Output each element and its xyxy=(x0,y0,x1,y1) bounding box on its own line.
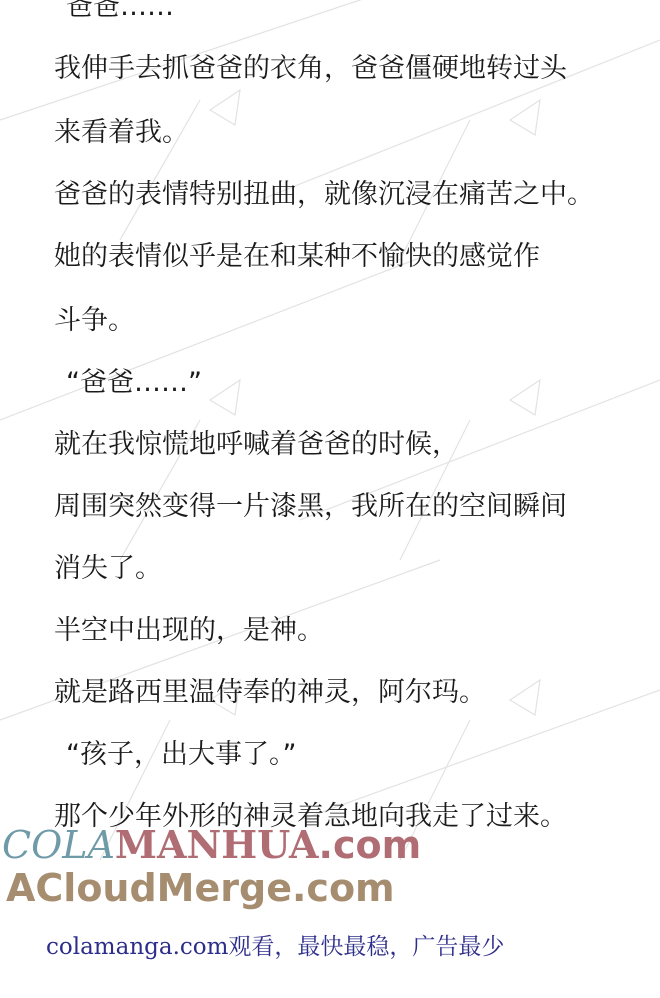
watermark-manhua: MANHUA xyxy=(115,822,319,867)
footer-note: colamanga.com观看，最快最稳，广告最少 xyxy=(46,928,504,961)
story-line: 爸爸的表情特别扭曲，就像沉浸在痛苦之中。 xyxy=(54,172,594,211)
novel-page: 爸爸……我伸手去抓爸爸的衣角，爸爸僵硬地转过头来看着我。爸爸的表情特别扭曲，就像… xyxy=(0,0,660,998)
story-line: 我伸手去抓爸爸的衣角，爸爸僵硬地转过头 xyxy=(54,46,567,85)
story-line: 就是路西里温侍奉的神灵，阿尔玛。 xyxy=(54,670,486,709)
story-line: 消失了。 xyxy=(54,546,162,585)
story-line: 就在我惊慌地呼喊着爸爸的时候， xyxy=(54,422,459,461)
story-line: 她的表情似乎是在和某种不愉快的感觉作 xyxy=(54,234,540,273)
story-line: 半空中出现的，是神。 xyxy=(54,608,324,647)
story-line: “爸爸……” xyxy=(66,360,202,399)
story-line: 来看着我。 xyxy=(54,110,189,149)
story-line: 周围突然变得一片漆黑，我所在的空间瞬间 xyxy=(54,484,567,523)
story-line: 斗争。 xyxy=(54,298,135,337)
story-line: “孩子，出大事了。” xyxy=(66,732,296,771)
watermark-cola: COLA xyxy=(2,823,115,867)
colamanhua-watermark: COLAMANHUA.com xyxy=(2,822,421,867)
story-line: 爸爸…… xyxy=(66,0,174,23)
acloudmerge-watermark: ACloudMerge.com xyxy=(6,866,395,910)
watermark-manhua-suffix: .com xyxy=(319,823,422,867)
